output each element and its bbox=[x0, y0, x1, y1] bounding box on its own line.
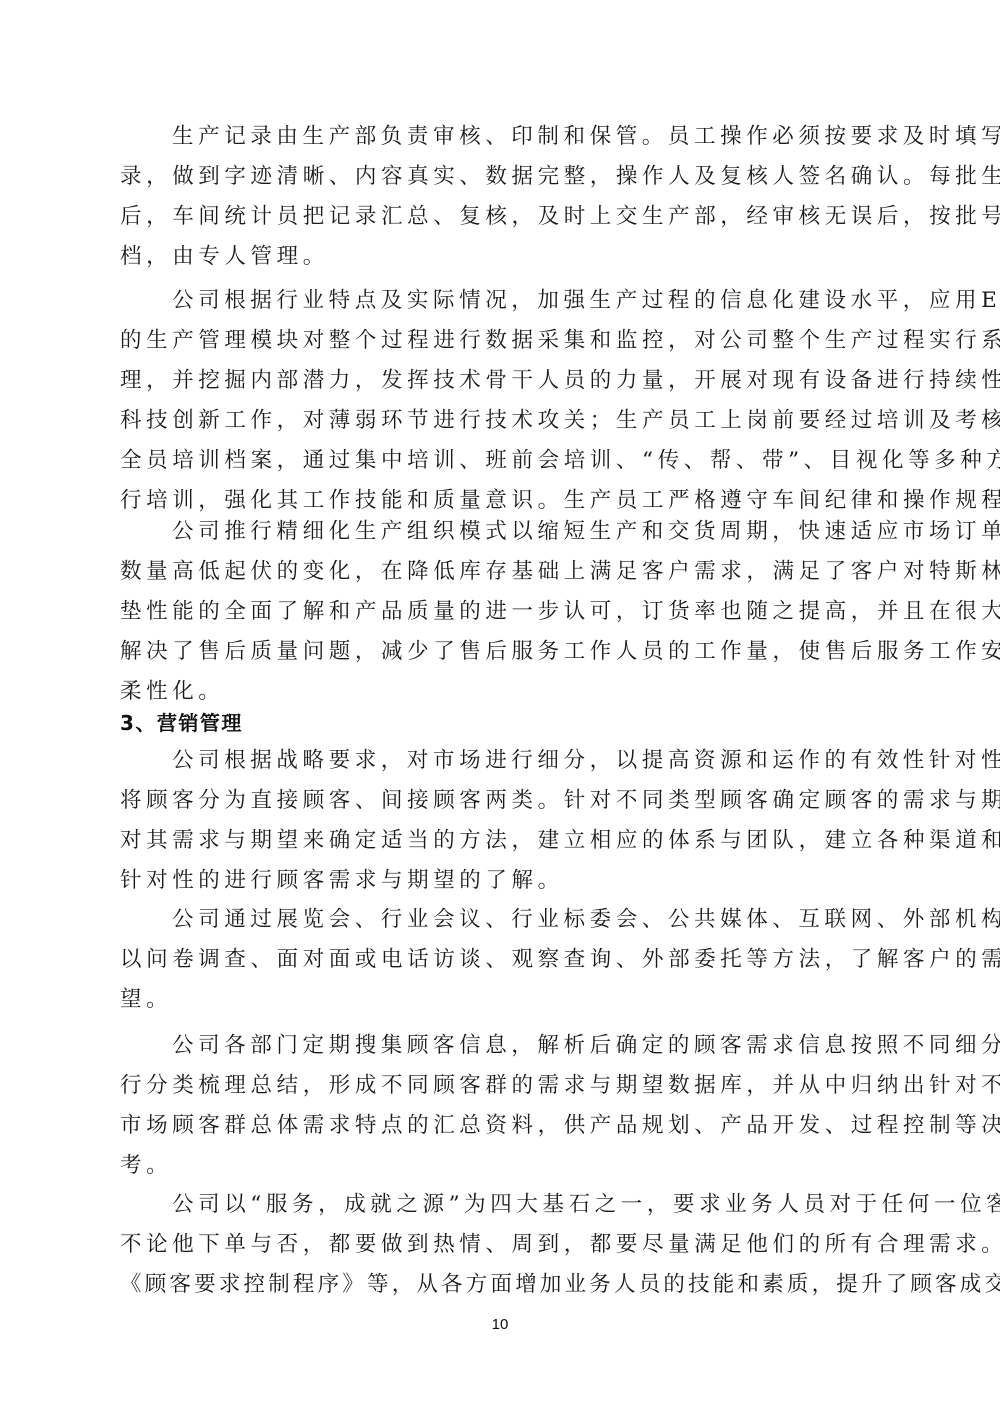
text-line: 将顾客分为直接顾客、间接顾客两类。针对不同类型顾客确定顾客的需求与期望，针 bbox=[120, 781, 880, 821]
paragraph-production-records: 生产记录由生产部负责审核、印制和保管。员工操作必须按要求及时填写生产记 录，做到… bbox=[120, 117, 880, 277]
text-line: 《顾客要求控制程序》等，从各方面增加业务人员的技能和素质，提升了顾客成交率。 bbox=[120, 1265, 880, 1305]
text-line: 解决了售后质量问题，减少了售后服务工作人员的工作量，使售后服务工作安排更加 bbox=[120, 632, 880, 672]
text-line: 理，并挖掘内部潜力，发挥技术骨干人员的力量，开展对现有设备进行持续性改造或 bbox=[120, 361, 880, 401]
text-line: 公司根据行业特点及实际情况，加强生产过程的信息化建设水平，应用ERP系统 bbox=[120, 281, 880, 321]
page-number: 10 bbox=[0, 1316, 1000, 1333]
text-line: 数量高低起伏的变化，在降低库存基础上满足客户需求，满足了客户对特斯林西餐餐 bbox=[120, 552, 880, 592]
text-line: 垫性能的全面了解和产品质量的进一步认可，订货率也随之提高，并且在很大程度上 bbox=[120, 592, 880, 632]
text-line: 望。 bbox=[120, 980, 880, 1020]
paragraph-service: 公司以“服务，成就之源”为四大基石之一，要求业务人员对于任何一位客户， 不论他下… bbox=[120, 1185, 880, 1305]
text-line: 全员培训档案，通过集中培训、班前会培训、“传、帮、带”、目视化等多种方式进 bbox=[120, 441, 880, 481]
text-line: 的生产管理模块对整个过程进行数据采集和监控，对公司整个生产过程实行系统化管 bbox=[120, 321, 880, 361]
text-line: 公司以“服务，成就之源”为四大基石之一，要求业务人员对于任何一位客户， bbox=[120, 1185, 880, 1225]
text-line: 公司根据战略要求，对市场进行细分，以提高资源和运作的有效性针对性。公司 bbox=[120, 741, 880, 781]
text-line: 后，车间统计员把记录汇总、复核，及时上交生产部，经审核无误后，按批号整理归 bbox=[120, 197, 880, 237]
document-page: 生产记录由生产部负责审核、印制和保管。员工操作必须按要求及时填写生产记 录，做到… bbox=[0, 0, 1000, 1414]
paragraph-erp-system: 公司根据行业特点及实际情况，加强生产过程的信息化建设水平，应用ERP系统 的生产… bbox=[120, 281, 880, 521]
text-line: 科技创新工作，对薄弱环节进行技术攻关；生产员工上岗前要经过培训及考核，建立 bbox=[120, 401, 880, 441]
text-line: 公司通过展览会、行业会议、行业标委会、公共媒体、互联网、外部机构等渠道， bbox=[120, 900, 880, 940]
text-line: 不论他下单与否，都要做到热情、周到，都要尽量满足他们的所有合理需求。制订了 bbox=[120, 1225, 880, 1265]
text-line: 录，做到字迹清晰、内容真实、数据完整，操作人及复核人签名确认。每批生产结束 bbox=[120, 157, 880, 197]
text-line: 档，由专人管理。 bbox=[120, 237, 880, 277]
paragraph-channels: 公司通过展览会、行业会议、行业标委会、公共媒体、互联网、外部机构等渠道， 以问卷… bbox=[120, 900, 880, 1020]
text-line: 考。 bbox=[120, 1146, 880, 1186]
text-line: 行分类梳理总结，形成不同顾客群的需求与期望数据库，并从中归纳出针对不同细分 bbox=[120, 1066, 880, 1106]
text-line: 针对性的进行顾客需求与期望的了解。 bbox=[120, 861, 880, 901]
text-line: 以问卷调查、面对面或电话访谈、观察查询、外部委托等方法，了解客户的需求和期 bbox=[120, 940, 880, 980]
text-line: 生产记录由生产部负责审核、印制和保管。员工操作必须按要求及时填写生产记 bbox=[120, 117, 880, 157]
text-line: 公司各部门定期搜集顾客信息，解析后确定的顾客需求信息按照不同细分市场进 bbox=[120, 1026, 880, 1066]
section-heading-block: 3、营销管理 bbox=[120, 705, 880, 741]
section-heading: 3、营销管理 bbox=[120, 705, 880, 741]
text-line: 公司推行精细化生产组织模式以缩短生产和交货周期，快速适应市场订单品种和 bbox=[120, 512, 880, 552]
paragraph-lean-production: 公司推行精细化生产组织模式以缩短生产和交货周期，快速适应市场订单品种和 数量高低… bbox=[120, 512, 880, 712]
paragraph-customer-info: 公司各部门定期搜集顾客信息，解析后确定的顾客需求信息按照不同细分市场进 行分类梳… bbox=[120, 1026, 880, 1186]
paragraph-market-segmentation: 公司根据战略要求，对市场进行细分，以提高资源和运作的有效性针对性。公司 将顾客分… bbox=[120, 741, 880, 901]
text-line: 市场顾客群总体需求特点的汇总资料，供产品规划、产品开发、过程控制等决策时参 bbox=[120, 1106, 880, 1146]
text-line: 对其需求与期望来确定适当的方法，建立相应的体系与团队，建立各种渠道和方法， bbox=[120, 821, 880, 861]
